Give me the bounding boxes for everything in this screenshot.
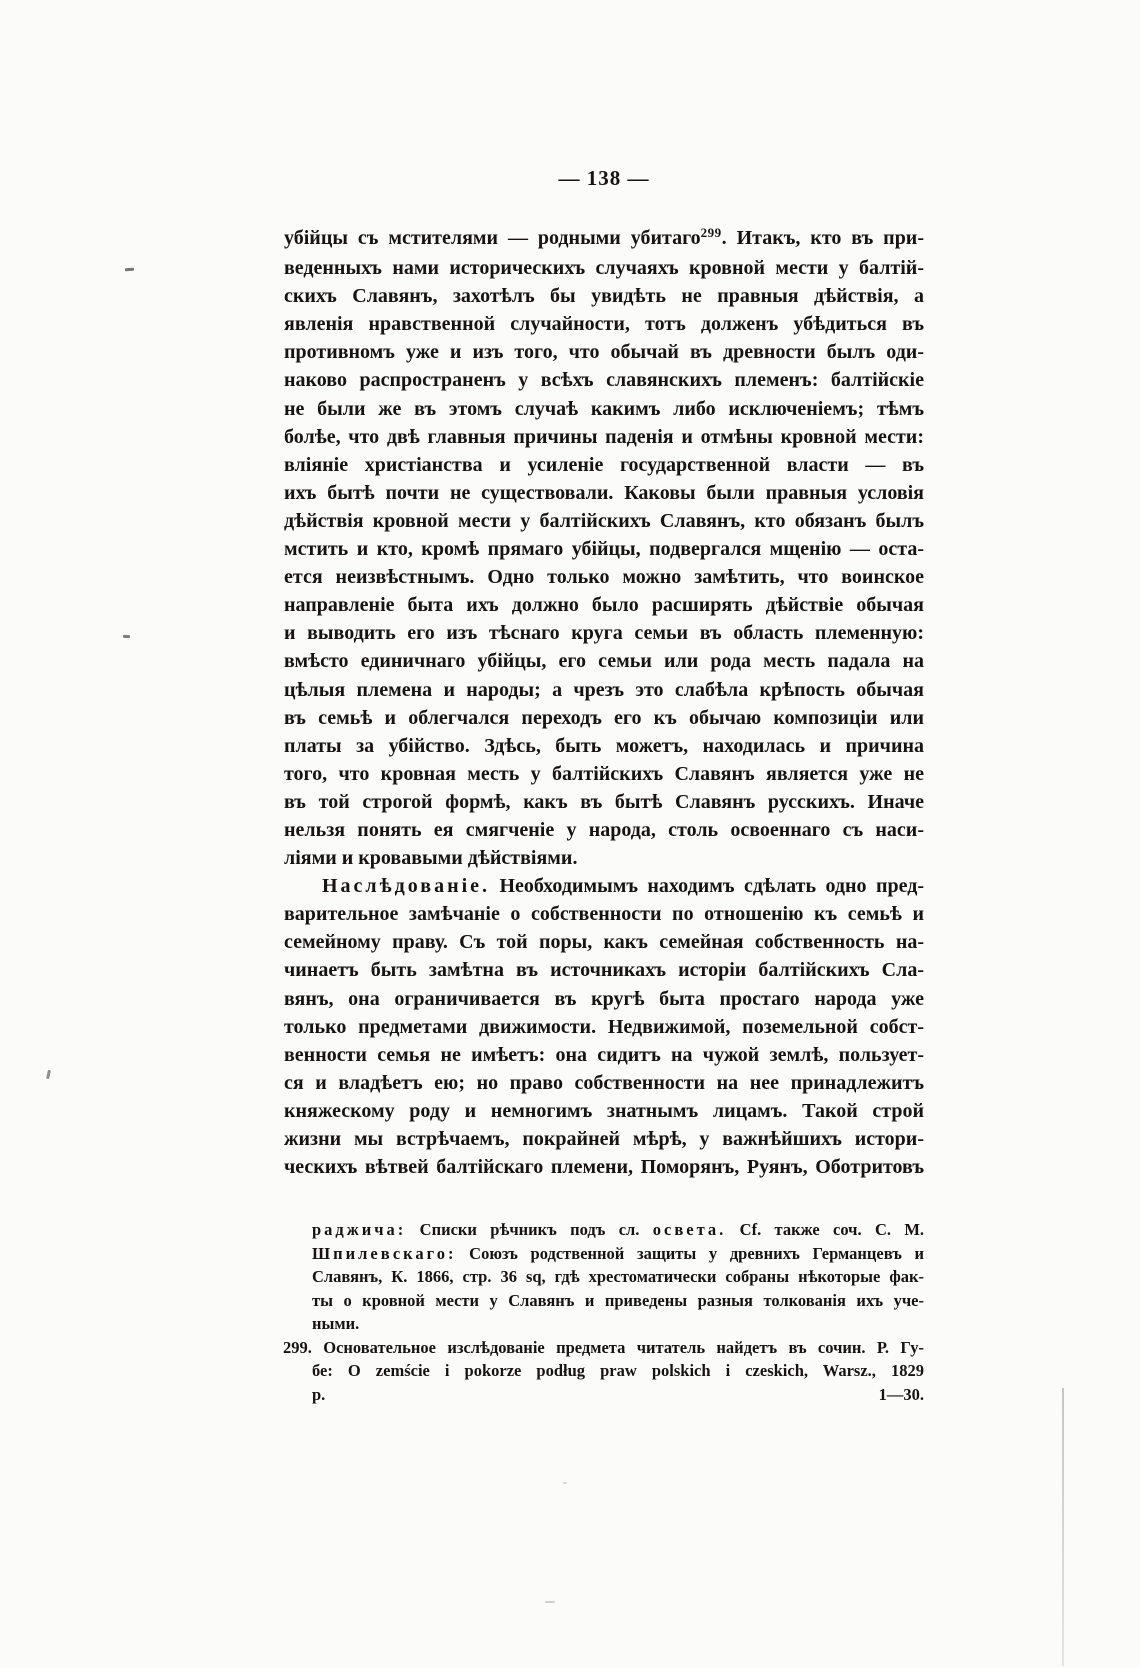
text-line: ческихъ вѣтвей балтійскаго племени, Помо… xyxy=(284,1153,924,1181)
paragraph-2-lines: варительное замѣчаніе о собственности по… xyxy=(284,900,924,1181)
text-line: только предметами движимости. Недвижимой… xyxy=(284,1013,924,1041)
footnote-line: Шпилевскаго: Союзъ родственной защиты у … xyxy=(312,1242,924,1266)
line-pre: убійцы съ мстителями — родными убитаго xyxy=(284,227,701,249)
footnote-line: ными. xyxy=(312,1312,924,1336)
scanned-book-page: — 138 — убійцы съ мстителями — родными у… xyxy=(0,0,1140,1668)
text-line: и выводить его изъ тѣснаго круга семьи в… xyxy=(284,619,924,647)
footnote-text: Основательное изслѣдованіе предмета чита… xyxy=(323,1338,924,1357)
text-line: въ той строгой формѣ, какъ въ бытѣ Славя… xyxy=(284,788,924,816)
text-line: Наслѣдованіе. Необходимымъ находимъ сдѣл… xyxy=(284,872,924,900)
text-line: ся и владѣетъ ею; но право собственности… xyxy=(284,1069,924,1097)
footnote-line: ты о кровной мести у Славянъ и приведены… xyxy=(312,1289,924,1313)
page-number: — 138 — xyxy=(284,166,924,191)
text-line: не были же въ этомъ случаѣ какимъ либо и… xyxy=(284,395,924,423)
footnote-marker: 299. xyxy=(283,1338,312,1357)
text-line: венности семья не имѣетъ: она сидитъ на … xyxy=(284,1041,924,1069)
footnote-line: бе: O zemście i pokorze podług praw pols… xyxy=(312,1359,924,1383)
scan-speck xyxy=(545,1601,555,1603)
text-line: мстить и кто, кромѣ прямаго убійцы, подв… xyxy=(284,535,924,563)
footnote-line: раджича: Списки рѣчникъ подъ сл. освета.… xyxy=(312,1218,924,1242)
scan-speck xyxy=(563,1482,567,1484)
footnote-299: 299. Основательное изслѣдованіе предмета… xyxy=(312,1336,924,1407)
line-post: . Итакъ, кто въ при- xyxy=(722,227,924,249)
footnote-continuation-lines: Славянъ, К. 1866, стр. 36 sq, гдѣ хресто… xyxy=(312,1265,924,1336)
body-text: убійцы съ мстителями — родными убитаго29… xyxy=(284,224,924,1181)
footnote-lead: Шпилевскаго: xyxy=(312,1244,456,1263)
footnote-299-lines: бе: O zemście i pokorze podług praw pols… xyxy=(312,1359,924,1406)
text-line: нельзя понять ея смягченіе у народа, сто… xyxy=(284,816,924,844)
text-line: направленіе быта ихъ должно было расширя… xyxy=(284,591,924,619)
text-line: скихъ Славянъ, захотѣлъ бы увидѣть не пр… xyxy=(284,282,924,310)
text-line: убійцы съ мстителями — родными убитаго29… xyxy=(284,224,924,254)
footnote-line: 299. Основательное изслѣдованіе предмета… xyxy=(283,1336,924,1360)
text-line: того, что кровная месть у балтійскихъ Сл… xyxy=(284,760,924,788)
footnote-line: Славянъ, К. 1866, стр. 36 sq, гдѣ хресто… xyxy=(312,1265,924,1289)
paragraph-2: Наслѣдованіе. Необходимымъ находимъ сдѣл… xyxy=(284,872,924,1181)
paragraph-lead: Наслѣдованіе. xyxy=(322,875,490,897)
footnote-text: Cf. также соч. С. М. xyxy=(740,1220,924,1239)
text-line: семейному праву. Съ той поры, какъ семей… xyxy=(284,928,924,956)
text-line: въ семьѣ и облегчался переходъ его къ об… xyxy=(284,704,924,732)
paragraph-1-lines: веденныхъ нами историческихъ случаяхъ кр… xyxy=(284,254,924,872)
text-line: болѣе, что двѣ главныя причины паденія и… xyxy=(284,423,924,451)
scan-speck xyxy=(46,1070,51,1079)
footnote-spaced-term: освета. xyxy=(653,1220,727,1239)
scan-speck xyxy=(125,268,134,272)
text-line: наково распространенъ у всѣхъ славянских… xyxy=(284,366,924,394)
footnote-text: Списки рѣчникъ подъ сл. xyxy=(420,1220,640,1239)
text-line: варительное замѣчаніе о собственности по… xyxy=(284,900,924,928)
footnote-text: Союзъ родственной защиты у древнихъ Герм… xyxy=(469,1244,924,1263)
text-line: жизни мы встрѣчаемъ, покрайней мѣрѣ, у в… xyxy=(284,1125,924,1153)
footnote-line: p. 1—30. xyxy=(312,1383,924,1407)
text-line: чинаетъ быть замѣтна въ источникахъ исто… xyxy=(284,956,924,984)
footnote-continuation: раджича: Списки рѣчникъ подъ сл. освета.… xyxy=(312,1218,924,1336)
text-line: ихъ бытѣ почти не существовали. Каковы б… xyxy=(284,479,924,507)
text-line: вмѣсто единичнаго убійцы, его семьи или … xyxy=(284,647,924,675)
line-rest: Необходимымъ находимъ сдѣлать одно пред- xyxy=(499,875,924,897)
text-line: княжескому роду и немногимъ знатнымъ лиц… xyxy=(284,1097,924,1125)
text-line: ліями и кровавыми дѣйствіями. xyxy=(284,844,924,872)
footnote-lead: раджича: xyxy=(312,1220,406,1239)
text-line: дѣйствія кровной мести у балтійскихъ Сла… xyxy=(284,507,924,535)
text-line: платы за убійство. Здѣсь, быть можетъ, н… xyxy=(284,732,924,760)
text-line: вянъ, она ограничивается въ кругѣ быта п… xyxy=(284,985,924,1013)
text-line: веденныхъ нами историческихъ случаяхъ кр… xyxy=(284,254,924,282)
footnotes: раджича: Списки рѣчникъ подъ сл. освета.… xyxy=(312,1218,924,1406)
text-line: явленія нравственной случайности, тотъ д… xyxy=(284,310,924,338)
scan-speck xyxy=(123,635,130,638)
text-line: противномъ уже и изъ того, что обычай въ… xyxy=(284,338,924,366)
text-line: цѣлыя племена и народы; а чрезъ это слаб… xyxy=(284,676,924,704)
page-fold-line xyxy=(1062,1388,1064,1666)
footnote-ref: 299 xyxy=(701,225,722,240)
text-line: вліяніе христіанства и усиленіе государс… xyxy=(284,451,924,479)
text-line: ется неизвѣстнымъ. Одно только можно зам… xyxy=(284,563,924,591)
paragraph-1: убійцы съ мстителями — родными убитаго29… xyxy=(284,224,924,872)
